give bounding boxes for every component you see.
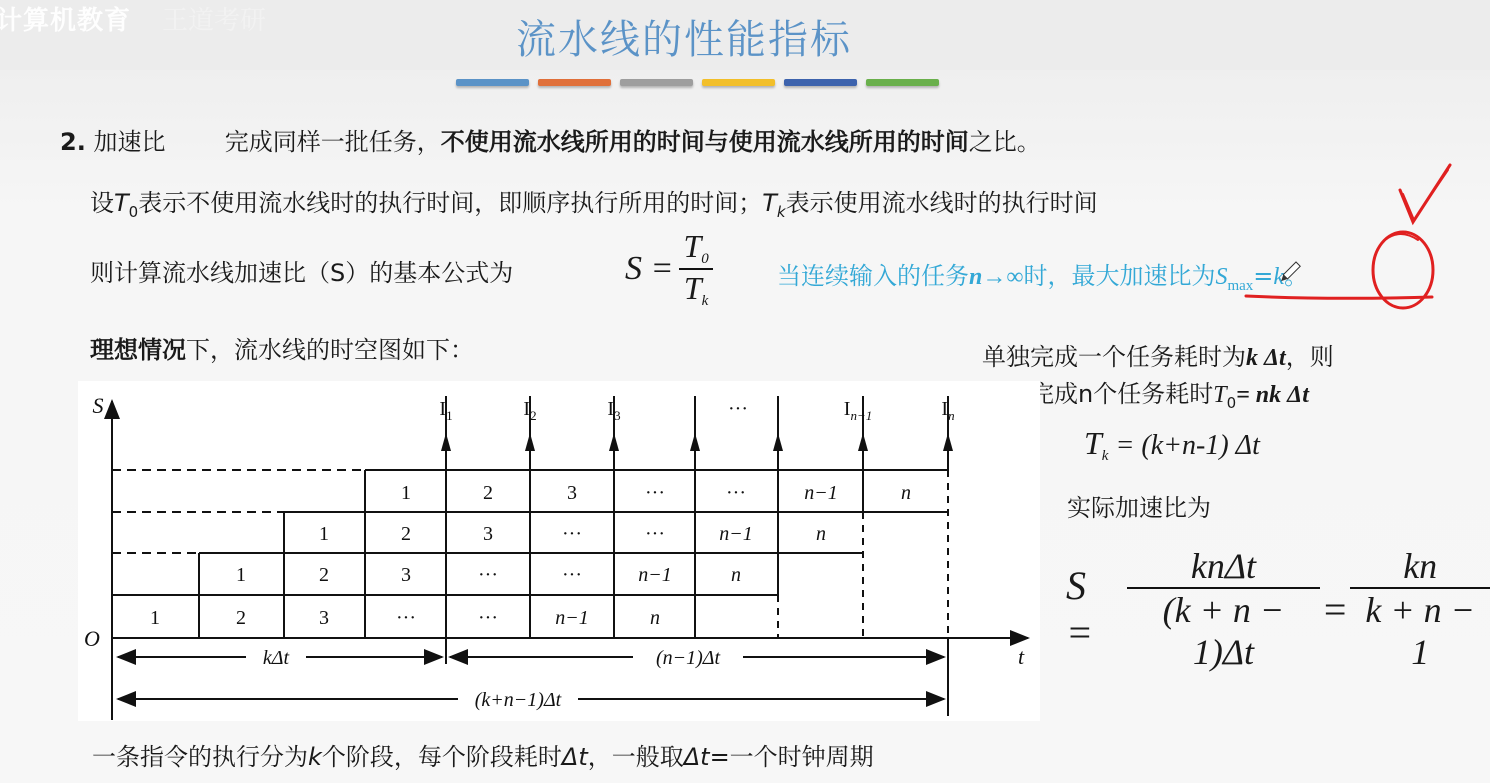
text: Δt xyxy=(562,743,588,771)
cell: 3 xyxy=(319,607,329,629)
definition-end: 之比。 xyxy=(969,128,1041,156)
cell: 1 xyxy=(319,523,329,545)
smax-subscript: max xyxy=(1227,278,1253,294)
arrow-infinity: →∞ xyxy=(982,264,1023,290)
text: 时，最大加速比为 xyxy=(1023,262,1215,290)
cell: n xyxy=(816,523,826,545)
cell: ··· xyxy=(478,564,498,586)
span-total-label: (k+n−1)Δt xyxy=(475,689,562,711)
cell: 1 xyxy=(401,482,411,504)
t0-symbol: T xyxy=(114,189,129,217)
text: T xyxy=(683,228,701,264)
formula-numerator: T0 xyxy=(679,228,712,268)
text: 理想情况 xyxy=(90,336,186,364)
text: =一个时钟周期 xyxy=(710,743,874,771)
watermark-faint: 王道考研 xyxy=(162,0,266,37)
text: k xyxy=(308,743,322,771)
text: 0 xyxy=(701,251,709,267)
basic-formula-label: 则计算流水线加速比（S）的基本公式为 xyxy=(90,253,513,288)
text: = xyxy=(1324,586,1347,633)
fraction-2: kn k + n − 1 xyxy=(1350,545,1490,673)
formula-denominator: Tk xyxy=(679,268,712,310)
text: 单独完成一个任务耗时为 xyxy=(982,343,1246,371)
k-symbol: k xyxy=(1273,264,1284,290)
text: 设 xyxy=(90,189,114,217)
tk-symbol: T xyxy=(762,189,777,217)
span-k-label: kΔt xyxy=(263,647,290,669)
color-bar-2 xyxy=(538,79,611,86)
text: ，一般取 xyxy=(588,743,684,771)
actual-speedup-formula: S = knΔt (k + n − 1)Δt = kn k + n − 1 xyxy=(1066,545,1490,673)
cell: n xyxy=(731,564,741,586)
n-symbol: n xyxy=(969,264,982,290)
page-title: 流水线的性能指标 xyxy=(516,8,852,65)
cell: 3 xyxy=(483,523,493,545)
text: knΔt xyxy=(1127,545,1320,587)
cell: ··· xyxy=(562,564,582,586)
color-bar-6 xyxy=(866,79,939,86)
definition-bold: 不使用流水线所用的时间与使用流水线所用的时间 xyxy=(441,128,969,156)
instr-label-2: I2 xyxy=(523,398,536,423)
basic-formula: S = T0 Tk xyxy=(625,228,713,310)
section-number: 2. xyxy=(60,128,86,156)
cell: 3 xyxy=(567,482,577,504)
text: 个阶段，每个阶段耗时 xyxy=(322,743,562,771)
cell: n xyxy=(650,607,660,629)
t0-subscript: 0 xyxy=(129,203,139,221)
cell: n xyxy=(901,482,911,504)
text: k Δt xyxy=(1246,345,1286,371)
smax-symbol: S xyxy=(1215,264,1227,290)
cell: ··· xyxy=(562,523,582,545)
origin-label: O xyxy=(84,626,100,651)
color-bar-1 xyxy=(456,79,529,86)
section-heading: 加速比 xyxy=(93,128,165,156)
equals: = xyxy=(1253,262,1273,290)
cell: n−1 xyxy=(638,564,672,586)
color-bar-5 xyxy=(784,79,857,86)
ideal-heading: 理想情况下，流水线的时空图如下： xyxy=(90,330,474,365)
title-color-bars xyxy=(456,79,939,86)
cell: ··· xyxy=(645,523,665,545)
max-speedup-note: 当连续输入的任务n→∞时，最大加速比为Smax=k。 xyxy=(777,256,1308,295)
cell: 1 xyxy=(150,607,160,629)
cell: n−1 xyxy=(555,607,589,629)
text: S = xyxy=(1066,562,1121,656)
instr-label-n-1: In−1 xyxy=(844,398,872,423)
cell: 2 xyxy=(483,482,493,504)
text: k xyxy=(702,293,709,309)
cell: n−1 xyxy=(804,482,838,504)
fraction-1: knΔt (k + n − 1)Δt xyxy=(1127,545,1320,673)
section-heading-line: 2. 加速比 完成同样一批任务，不使用流水线所用的时间与使用流水线所用的时间之比… xyxy=(60,122,1041,157)
text: (k + n − 1)Δt xyxy=(1127,587,1320,673)
cell: ··· xyxy=(478,607,498,629)
text: 表示使用流水线时的执行时间 xyxy=(786,189,1098,217)
text: kn xyxy=(1350,545,1490,587)
formula-lhs: S = xyxy=(625,250,673,288)
text: = nk Δt xyxy=(1236,382,1309,408)
span-n-minus-1-label: (n−1)Δt xyxy=(656,647,721,669)
cell: 2 xyxy=(236,607,246,629)
cell: 2 xyxy=(319,564,329,586)
tk-subscript: k xyxy=(777,203,786,221)
actual-speedup-label: 实际加速比为 xyxy=(1067,488,1211,523)
text: T xyxy=(1213,382,1226,408)
cell: n−1 xyxy=(719,523,753,545)
text: 一条指令的执行分为 xyxy=(92,743,308,771)
color-bar-3 xyxy=(620,79,693,86)
text: 0 xyxy=(1227,394,1237,412)
watermark-logo: 计算机教育 xyxy=(0,0,131,37)
cell: 3 xyxy=(401,564,411,586)
text: T xyxy=(684,270,702,306)
pipeline-space-time-diagram: S t O I1 I2 I3 ··· In−1 In 1 2 3 ··· ···… xyxy=(78,381,1040,721)
text: 当连续输入的任务 xyxy=(777,262,969,290)
text: 。 xyxy=(1284,262,1308,290)
x-axis-label: t xyxy=(1018,644,1025,669)
single-task-time: 单独完成一个任务耗时为k Δt，则 xyxy=(982,337,1334,372)
definition-plain: 完成同样一批任务， xyxy=(225,128,441,156)
cell: 2 xyxy=(401,523,411,545)
cell: 1 xyxy=(236,564,246,586)
text: 表示不使用流水线时的执行时间，即顺序执行所用的时间； xyxy=(138,189,762,217)
cell: ··· xyxy=(645,482,665,504)
formula-fraction: T0 Tk xyxy=(679,228,712,310)
instr-label-n: In xyxy=(941,398,954,423)
instr-label-3: I3 xyxy=(607,398,620,423)
text: = (k+n-1) Δt xyxy=(1115,430,1259,461)
cell: ··· xyxy=(726,482,746,504)
color-bar-4 xyxy=(702,79,775,86)
y-axis-label: S xyxy=(93,393,104,418)
text: ，则 xyxy=(1286,343,1334,371)
text: T xyxy=(1084,425,1102,461)
tk-formula: Tk = (k+n-1) Δt xyxy=(1084,425,1260,465)
instr-label-1: I1 xyxy=(439,398,452,423)
footer-note: 一条指令的执行分为k个阶段，每个阶段耗时Δt，一般取Δt=一个时钟周期 xyxy=(92,737,874,772)
t0-tk-definition: 设T0表示不使用流水线时的执行时间，即顺序执行所用的时间；Tk表示使用流水线时的… xyxy=(90,183,1098,221)
text: 下，流水线的时空图如下： xyxy=(186,336,474,364)
instr-label-ellipsis: ··· xyxy=(728,398,748,420)
text: k xyxy=(1102,448,1109,464)
text: Δt xyxy=(684,743,710,771)
text: k + n − 1 xyxy=(1350,587,1490,673)
cell: ··· xyxy=(396,607,416,629)
